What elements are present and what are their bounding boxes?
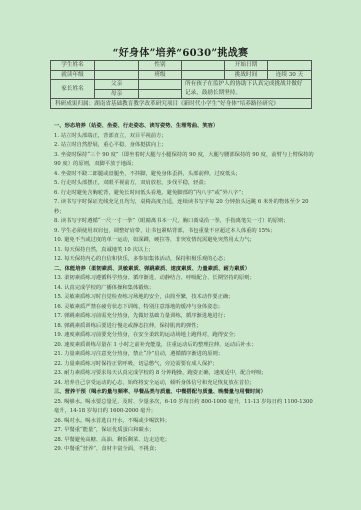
table-row: 就读年级 班级 挑战时间 连续 30 天 [51, 70, 312, 80]
list-item: 9. 学生必须使用双肩包，调整好肩带，让书包紧贴背部，书包重量不应超过本人体重的… [54, 227, 316, 237]
list-item: 4. 坐姿时不跷二郎腿或盘腿坐，不抖脚，避免身体歪斜，头部前伸，过度低头； [54, 170, 316, 180]
list-item: 22. 力量素质练习时保持正常呼吸，切忌憋气，旁边需要有成人保护； [54, 360, 316, 370]
list-item: 3. 坐姿时保持“三个 90 度”（即坐着时大腿与小腿保持的 90 度，大腿与腰… [54, 151, 316, 170]
list-item: 8. 读书写字时遵循“一尺一寸一拳”（眼睛离书本一尺，胸口离桌沿一拳，手指离笔尖… [54, 217, 316, 227]
grade-field[interactable] [95, 70, 139, 80]
document-title: “好身体”培养“6030”挑战赛 [0, 44, 361, 59]
table-row: 家长姓名 父亲 所有孩子在监护人的协助下认真完成挑战并做好记录，鼓励长期坚持。 [51, 80, 312, 90]
list-item: 16. 灵敏素质严禁在疲劳状态下训练，特别注意落地的缓冲与身体姿态； [54, 303, 316, 313]
section-heading: 一、形态培养（站姿、坐姿、行走姿态、读写姿势、生理弯曲、笑容） [54, 122, 316, 132]
start-date-label: 开始日期 [225, 61, 268, 71]
document-page: “好身体”培养“6030”挑战赛 学生姓名 性别 开始日期 就读年级 班级 挑战… [0, 0, 361, 510]
list-item: 5. 行走时头部摆正，双眼平视前方，双肩放松，步伐平稳，轻盈； [54, 179, 316, 189]
father-label: 父亲 [95, 80, 139, 90]
gender-label: 性别 [139, 61, 182, 71]
student-name-label: 学生姓名 [51, 61, 95, 71]
list-item: 2. 站立时自然舒展，重心平稳，身体挺拔向上； [54, 141, 316, 151]
class-field[interactable] [182, 70, 225, 80]
list-item: 1. 站立时头部端正，背部直立，双目平视前方； [54, 132, 316, 142]
research-attribution: 科研成果归属：湖南省基础教育教学改革研究项目《新时代小学生“好身体”培养路径研究… [51, 99, 312, 109]
list-item: 6. 行走时避免含胸驼背，避免长时间低头看地，避免脚部的“内八字”或“外八字”； [54, 189, 316, 199]
father-field[interactable] [139, 80, 182, 90]
list-item: 19. 速度素质练习前要充分热身，在安全柔软的运动场地上跑得对，跑得安全； [54, 331, 316, 341]
table-row: 科研成果归属：湖南省基础教育教学改革研究项目《新时代小学生“好身体”培养路径研究… [51, 99, 312, 109]
student-name-field[interactable] [95, 61, 139, 71]
list-item: 26. 喝对水。喝水首选白开水，不喝或少喝饮料； [54, 417, 316, 427]
grade-label: 就读年级 [51, 70, 95, 80]
mother-label: 母亲 [95, 89, 139, 99]
info-table: 学生姓名 性别 开始日期 就读年级 班级 挑战时间 连续 30 天 家长姓名 父… [50, 60, 312, 109]
gender-field[interactable] [182, 61, 225, 71]
list-item: 7. 读书写字时保证光线充足且均匀，桌椅高度合适，连续读书写字每 20 分钟抬头… [54, 198, 316, 217]
class-label: 班级 [139, 70, 182, 80]
document-body: 一、形态培养（站姿、坐姿、行走姿态、读写姿势、生理弯曲、笑容） 1. 站立时头部… [54, 122, 316, 455]
list-item: 29. 中餐重“营养”，食材丰富全面，不挑食； [54, 445, 316, 455]
parent-name-label: 家长姓名 [51, 80, 95, 99]
list-item: 18. 弹跳素质训练后要进行慢走或静态拉伸，保持肌肉的弹性； [54, 322, 316, 332]
list-item: 12. 每天保持内心的自信和快乐，多参加集体活动，保持积极乐观的心态； [54, 255, 316, 265]
challenge-time-value: 连续 30 天 [268, 70, 312, 80]
section-heading: 二、体能培养（柔韧素质、灵敏素质、弹跳素质、速度素质、力量素质、耐力素质） [54, 265, 316, 275]
list-item: 14. 认真完成学校的广播体操和集体锻炼； [54, 284, 316, 294]
table-row: 学生姓名 性别 开始日期 [51, 61, 312, 71]
start-date-field[interactable] [268, 61, 312, 71]
list-item: 10. 避免不当或过度的单一运动，如深蹲，硬拉等，非突发情况需避免突然用太力气； [54, 236, 316, 246]
list-item: 27. 早餐重“能量”，保证优质蛋白和碳水； [54, 426, 316, 436]
mother-field[interactable] [139, 89, 182, 99]
instruction-note: 所有孩子在监护人的协助下认真完成挑战并做好记录，鼓励长期坚持。 [182, 80, 312, 99]
list-item: 15. 灵敏素质练习时自觉检查练习场地的安全，由简至繁，技术动作要正确； [54, 293, 316, 303]
list-item: 20. 速度素质训练尽量在 1 小时之前补充能量，注重运动后的整理拉伸，运动后补… [54, 341, 316, 351]
list-item: 28. 早餐避免高糖、高油、剩饭剩菜、边走边吃； [54, 436, 316, 446]
list-item: 24. 培养自己享受运动的心态，始终将安全运动，倾听身体信号和充足恢复放在首位； [54, 379, 316, 389]
challenge-time-label: 挑战时间 [225, 70, 268, 80]
list-item: 11. 每天保持自然，真诚地笑 10 次以上； [54, 246, 316, 256]
section-heading: 三、营养干预（喝水的量与频率、早餐品类与质量、中餐搭配与质量、晚餐量与用餐时间） [54, 388, 316, 398]
list-item: 17. 弹跳素质练习前需充分热身，先做好基础力量训练，循序渐进地进行； [54, 312, 316, 322]
list-item: 21. 力量素质练习注意充分热身，禁止“冷”启动，遵循循序渐进的原则； [54, 350, 316, 360]
list-item: 23. 耐力素质练习要求每天认真完成学校的 8 分钟跑操，跑姿正确，速度适中，配… [54, 369, 316, 379]
list-item: 13. 柔韧素质练习遵循科学热身、循序渐进、动静结合、呼吸配合、长期坚持的原则； [54, 274, 316, 284]
list-item: 25. 喝够水。喝水要总量足、及时、少量多次，6-10 岁每日约 800-100… [54, 398, 316, 417]
